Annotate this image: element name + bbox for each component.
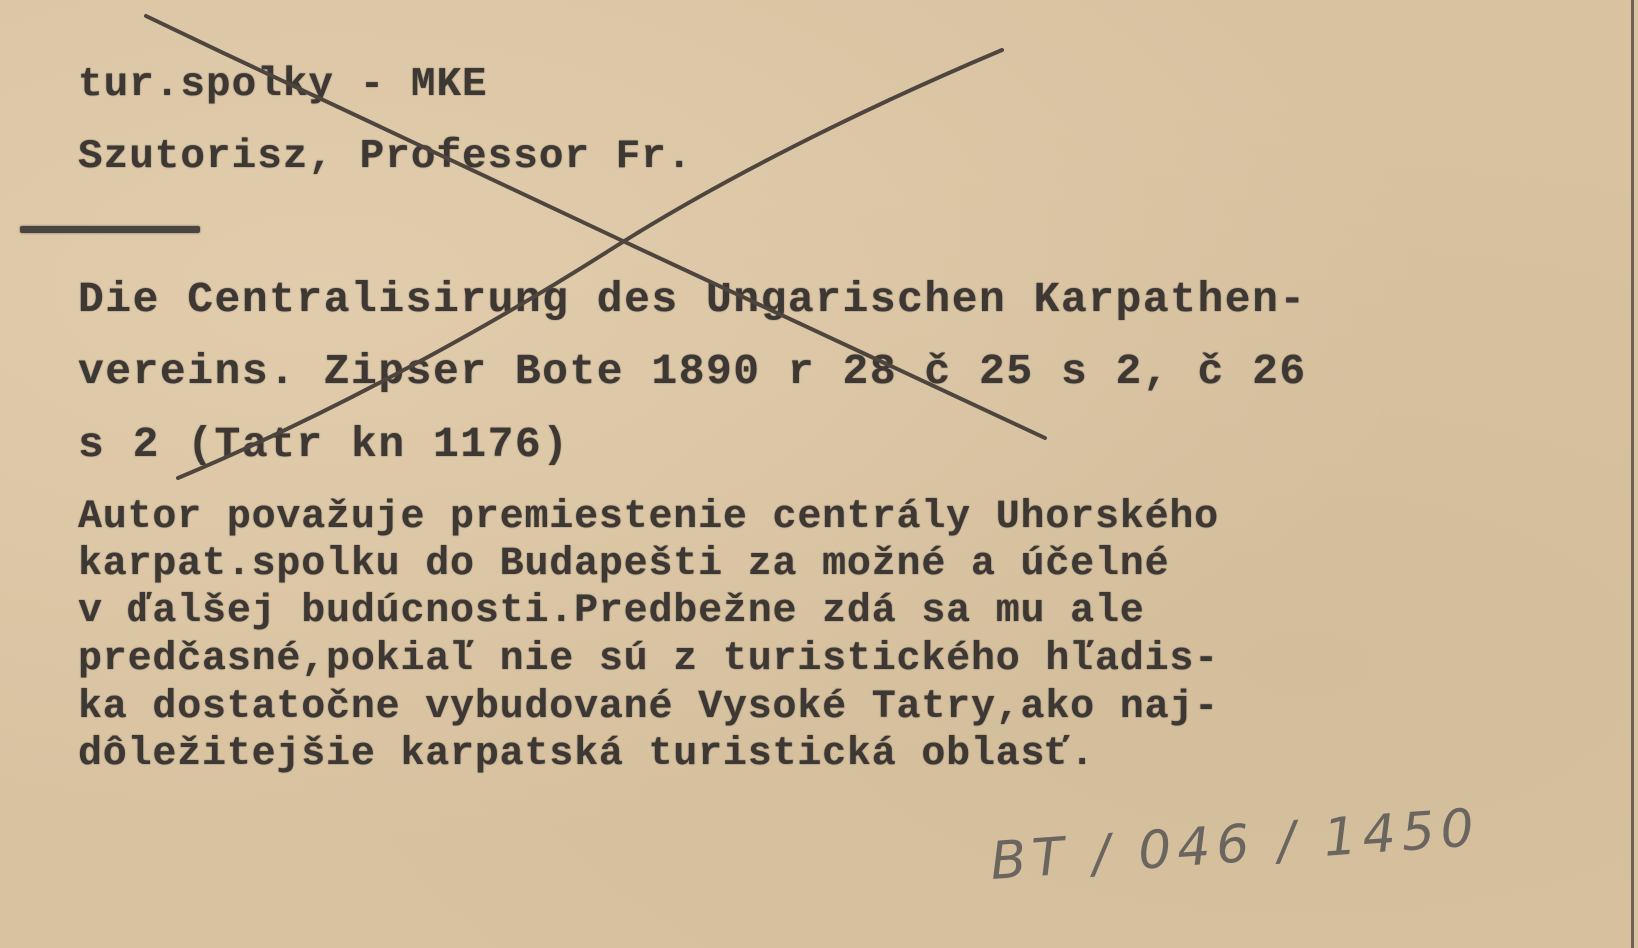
separator-rule bbox=[20, 226, 200, 233]
abstract-line-3: v ďalšej budúcnosti.Predbežne zdá sa mu … bbox=[78, 592, 1145, 632]
catalog-card: tur.spolky - MKE Szutorisz, Professor Fr… bbox=[0, 0, 1634, 948]
citation-line-1: Die Centralisirung des Ungarischen Karpa… bbox=[78, 275, 1307, 324]
citation-line-3: s 2 (Tatr kn 1176) bbox=[78, 420, 569, 469]
abstract-line-6: dôležitejšie karpatská turistická oblasť… bbox=[78, 735, 1095, 775]
author-heading: Szutorisz, Professor Fr. bbox=[78, 134, 693, 180]
abstract-line-4: predčasné,pokiaľ nie sú z turistického h… bbox=[78, 640, 1219, 680]
subject-heading: tur.spolky - MKE bbox=[78, 62, 488, 108]
handwritten-shelfmark: BT / 046 / 1450 bbox=[989, 798, 1482, 892]
citation-line-2: vereins. Zipser Bote 1890 r 28 č 25 s 2,… bbox=[78, 347, 1307, 396]
abstract-line-5: ka dostatočne vybudované Vysoké Tatry,ak… bbox=[78, 688, 1219, 728]
abstract-line-1: Autor považuje premiestenie centrály Uho… bbox=[78, 498, 1219, 538]
abstract-line-2: karpat.spolku do Budapešti za možné a úč… bbox=[78, 545, 1169, 585]
